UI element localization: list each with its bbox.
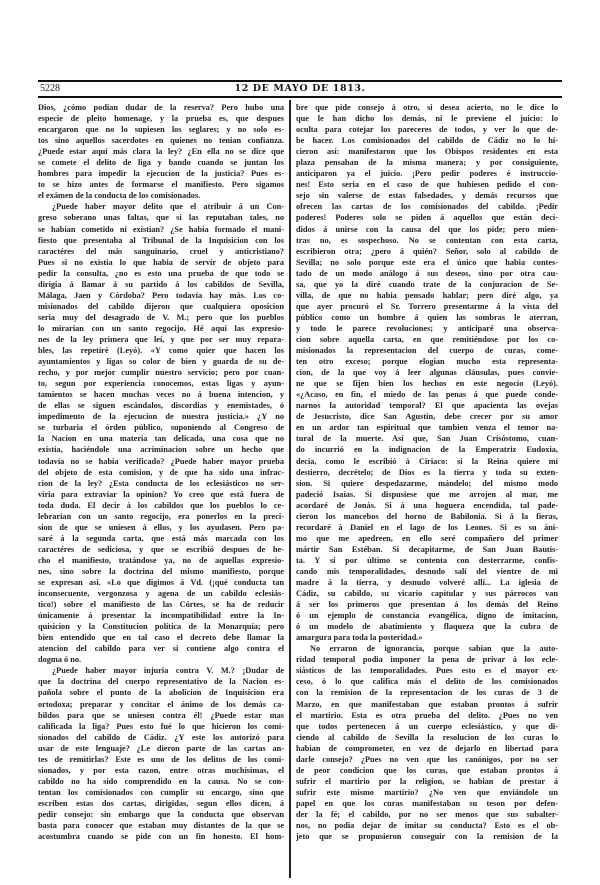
text-line: habian de comprometer, en vez de dejarlo… bbox=[296, 743, 558, 754]
text-line: bre que pide consejo á otro, si desea ac… bbox=[296, 102, 558, 113]
text-line: ó un modelo de abatimiento y flaqueza qu… bbox=[296, 621, 558, 632]
text-line: narnos la autoridad temporal? El que apa… bbox=[296, 400, 558, 411]
text-line: ciendo al cabildo de Sevilla la resoluci… bbox=[296, 732, 558, 743]
text-line: nos, no podia dejar de imitar su conduct… bbox=[296, 820, 558, 831]
text-line: decia, como le escribió á Ciriaco: si la… bbox=[296, 456, 558, 467]
text-line: Cádiz, su cabildo, su vicario capitular … bbox=[296, 588, 558, 599]
column-divider bbox=[289, 100, 291, 878]
text-line: bles, las repetiré (Leyó). «Y como quier… bbox=[38, 345, 284, 356]
text-line: basta para conocer que estaban muy dista… bbox=[38, 820, 284, 831]
text-line: á ser los primeros que presentan á los d… bbox=[296, 599, 558, 610]
text-line: madre á la tierra, y desnudo volveré all… bbox=[296, 577, 558, 588]
left-text-column: Dios, ¿cómo podian dudar de la reserva? … bbox=[38, 102, 284, 842]
text-line: ten otro exceso; porque elogian mucho es… bbox=[296, 356, 558, 367]
text-line: saré á la segunda carta, que está más ma… bbox=[38, 533, 284, 544]
text-line: calificada la liga? Pues esto fué lo que… bbox=[38, 721, 284, 732]
text-line: acordaré de Jonás. Si á una hoguera ence… bbox=[296, 500, 558, 511]
text-line: ¿Puede haber mayor delito que el atribui… bbox=[38, 201, 284, 212]
text-line: ortodoxa; preparar y concitar el ánimo d… bbox=[38, 699, 284, 710]
text-line: sufrir el martirio por la religion, se h… bbox=[296, 776, 558, 787]
text-line: tos sino aquellos sacerdotes en quienes … bbox=[38, 135, 284, 146]
text-line: to, segun por experiencia conocemos, est… bbox=[38, 378, 284, 389]
text-line: cion sobre aquella carta, en que remitié… bbox=[296, 334, 558, 345]
text-line: de Jesucristo, dice San Agustin, debe cr… bbox=[296, 411, 558, 422]
text-line: se habian cometido ni existian? ¿Se habi… bbox=[38, 224, 284, 235]
text-line: der la fé; el cabildo, por no ser menos … bbox=[296, 809, 558, 820]
text-line: toda duda. El decir á los cabildos que l… bbox=[38, 500, 284, 511]
text-line: cho el manifiesto, tratándose ya, no de … bbox=[38, 555, 284, 566]
text-line: nes! Esto seria en el caso de que hubies… bbox=[296, 179, 558, 190]
text-line: usar de este lenguaje? ¿Le dieron parte … bbox=[38, 743, 284, 754]
text-line: sionados, y por esta razon, entre otras … bbox=[38, 765, 284, 776]
text-line: greso soberano unas faltas, que si las r… bbox=[38, 212, 284, 223]
text-line: pedir la consulta, ¿no es esto una prueb… bbox=[38, 268, 284, 279]
text-line: del objeto de esta comision, y de que ha… bbox=[38, 467, 284, 478]
text-line: papel en que los curas manifestaban su t… bbox=[296, 798, 558, 809]
text-line: mo que me apedreen, en ello seré compañe… bbox=[296, 533, 558, 544]
text-line: de peor condicion que los curas, que est… bbox=[296, 765, 558, 776]
text-line: do incurrió en la indignacion de la Empe… bbox=[296, 444, 558, 455]
text-line: cion de la ley? ¿Esta conducta de los ec… bbox=[38, 478, 284, 489]
text-line: que le han dicho los demás, ni le previe… bbox=[296, 113, 558, 124]
text-line: el martirio. Esta es otra prueba del del… bbox=[296, 710, 558, 721]
text-line: cieron los mancebos del horno de Babilon… bbox=[296, 511, 558, 522]
text-line: sufrir este mismo martirio? ¿No ven que … bbox=[296, 787, 558, 798]
text-line: sion. Si quiere despedazarme, mándelo; d… bbox=[296, 478, 558, 489]
text-line: y todo le parece revoluciones; y anticip… bbox=[296, 323, 558, 334]
text-line: el exámen de la conducta de los comision… bbox=[38, 190, 284, 201]
text-line: ¿Puede estar aquí más clara la ley? ¿En … bbox=[38, 146, 284, 157]
text-line: escribieron otra; ¿pero á quién? Señor, … bbox=[296, 246, 558, 257]
text-line: inconsecuente, vergonzosa y agena de un … bbox=[38, 588, 284, 599]
text-line: ridad temporal podia imponer la pena de … bbox=[296, 654, 558, 665]
text-line: recordaré á Daniel en el lago de los Leo… bbox=[296, 522, 558, 533]
text-line: plaza pensaban de la misma manera; y por… bbox=[296, 157, 558, 168]
text-line: Málaga, Jaen y Córdoba? Pero todavía hay… bbox=[38, 290, 284, 301]
text-line: público como un hombre á quien las sombr… bbox=[296, 312, 558, 323]
text-line: ¿Puede haber mayor injuria contra V. M.?… bbox=[38, 665, 284, 676]
text-line: amargura para toda la posteridad.» bbox=[296, 632, 558, 643]
text-line: ne que se fijen bien los hechos en este … bbox=[296, 378, 558, 389]
text-line: ó un ejemplo de constancia evangélica, d… bbox=[296, 610, 558, 621]
text-line: encargaron que no lo supiesen los seglar… bbox=[38, 124, 284, 135]
text-line: tamientos se hacen muchas veces no á bue… bbox=[38, 389, 284, 400]
text-line: tico!) sobre el manifiesto de las Córtes… bbox=[38, 599, 284, 610]
text-line: tes de remitirlas? Este es uno de los de… bbox=[38, 754, 284, 765]
text-line: caractéres del más sanguinario, cruel y … bbox=[38, 246, 284, 257]
text-line: sa, que yo la diré cuando trate de la co… bbox=[296, 279, 558, 290]
text-line: to se hizo antes de formarse el manifies… bbox=[38, 179, 284, 190]
issue-date: 12 DE MAYO DE 1813. bbox=[38, 83, 562, 94]
text-line: acostumbra cuando se pide con un fin hon… bbox=[38, 831, 284, 842]
text-line: didos á unirse con la causa del que los … bbox=[296, 224, 558, 235]
text-line: darle consejo? ¿Pues no ven que los canó… bbox=[296, 754, 558, 765]
text-line: lo mirarian con un santo regocijo. Hé aq… bbox=[38, 323, 284, 334]
text-line: de ellas se siguen escándalos, discordia… bbox=[38, 400, 284, 411]
text-line: destierro, decrételo; de Dios es la tier… bbox=[296, 467, 558, 478]
text-line: tado de un modo análogo á sus deseos, si… bbox=[296, 268, 558, 279]
text-line: bildos para que se uniesen contra él! ¿P… bbox=[38, 710, 284, 721]
right-text-column: bre que pide consejo á otro, si desea ac… bbox=[296, 102, 558, 842]
text-line: bien entendido que en tal caso el decret… bbox=[38, 632, 284, 643]
text-line: anticiparon ya el juicio. ¡Pero pedir po… bbox=[296, 168, 558, 179]
text-line: tras no, es sospechoso. No se contentan … bbox=[296, 235, 558, 246]
text-line: sionados del cabildo de Cádiz. ¿Y este l… bbox=[38, 732, 284, 743]
text-line: misionados la representacion del cuerpo … bbox=[296, 345, 558, 356]
text-line: seria muy del desagrado de V. M.; pero q… bbox=[38, 312, 284, 323]
text-line: Sevilla; no solo porque este era el únic… bbox=[296, 257, 558, 268]
text-line: sion de que se uniesen á ellos, y los ay… bbox=[38, 522, 284, 533]
text-line: mártir San Estéban. Si decapitarme, de S… bbox=[296, 544, 558, 555]
text-line: No erraron de ignorancia, porque sabian … bbox=[296, 643, 558, 654]
text-line: caractéres de sediciosa, y que se escrib… bbox=[38, 544, 284, 555]
text-line: que ayer procuró el Sr. Torrero presenta… bbox=[296, 301, 558, 312]
text-line: especie de pleito homenage, y la prueba … bbox=[38, 113, 284, 124]
text-line: ceso, ó lo que califica más el delito de… bbox=[296, 676, 558, 687]
text-line: cieron así: manifestaron que los Obispos… bbox=[296, 146, 558, 157]
text-line: jeto que se propusieron conseguir con la… bbox=[296, 831, 558, 842]
text-line: viria para extraviar la opinion? Yo creo… bbox=[38, 489, 284, 500]
text-line: escriben estas dos cartas, dirigidas, se… bbox=[38, 798, 284, 809]
text-line: ofrecen las cartas de los comisionados d… bbox=[296, 201, 558, 212]
text-line: Dios, ¿cómo podian dudar de la reserva? … bbox=[38, 102, 284, 113]
text-line: nes, sino sobre la doctrina del mismo ma… bbox=[38, 566, 284, 577]
text-line: cando mis temporalidades, desnudo salí d… bbox=[296, 566, 558, 577]
text-line: nes de la ley primera que leí, y que por… bbox=[38, 334, 284, 345]
header-bottom-rule bbox=[38, 96, 562, 98]
text-line: se comete el delito de liga y bando cuan… bbox=[38, 157, 284, 168]
text-line: tural de la muerte. Así que, San Juan Cr… bbox=[296, 433, 558, 444]
text-line: poderes! Poderes solo se piden á aquello… bbox=[296, 212, 558, 223]
text-line: se turbaria el órden público, suponiendo… bbox=[38, 422, 284, 433]
page-header: 5228 12 DE MAYO DE 1813. bbox=[38, 82, 562, 96]
text-line: ayuntamientos y ligas so color de bien y… bbox=[38, 356, 284, 367]
text-line: en un ardor tan espiritual que tambien v… bbox=[296, 422, 558, 433]
text-line: recho, y por mejor cumplir nuestro servi… bbox=[38, 367, 284, 378]
text-line: Marzo, en que manifestaban que estaban p… bbox=[296, 699, 558, 710]
text-line: hombres para impedir la ejecucion de la … bbox=[38, 168, 284, 179]
text-line: misionados del cabildo dijeron que cualq… bbox=[38, 301, 284, 312]
text-line: existia, haciéndole una acriminacion sob… bbox=[38, 444, 284, 455]
text-line: padeció Isaías. Si dispusiese que me arr… bbox=[296, 489, 558, 500]
text-line: que la doctrina del cuerpo representativ… bbox=[38, 676, 284, 687]
text-line: Pues si no existia lo que habia de servi… bbox=[38, 257, 284, 268]
text-line: cabildo no ha sido comprendido en la cau… bbox=[38, 776, 284, 787]
text-line: siásticos de las temporalidades. Pues es… bbox=[296, 665, 558, 676]
text-line: que todos pertenecen á un cuerpo eclesiá… bbox=[296, 721, 558, 732]
text-line: atencion del cabildo para ver si contien… bbox=[38, 643, 284, 654]
text-line: impedimento de la ejecucion de nuestra j… bbox=[38, 411, 284, 422]
text-line: con la remision de la representacion de … bbox=[296, 687, 558, 698]
text-line: pedir consejo: sin embargo que la conduc… bbox=[38, 809, 284, 820]
text-line: sejo sin valerse de estas falsedades, y … bbox=[296, 190, 558, 201]
text-line: villa, de que no habia pensado hablar; p… bbox=[296, 290, 558, 301]
text-line: cion, de la que voy á leer algunas cláus… bbox=[296, 367, 558, 378]
text-line: lebrarian con un santo regocijo, era pon… bbox=[38, 511, 284, 522]
text-line: se expresan así. «Lo que digimos á Vd. (… bbox=[38, 577, 284, 588]
text-line: dirigia á llamar á su partido á los cabi… bbox=[38, 279, 284, 290]
text-line: únicamente á presentar la incompatibilid… bbox=[38, 610, 284, 621]
text-line: quisicion y la Constitucion política de … bbox=[38, 621, 284, 632]
text-line: «¿Acaso, en fin, el miedo de las penas á… bbox=[296, 389, 558, 400]
text-line: la Nacion en una materia tan delicada, u… bbox=[38, 433, 284, 444]
text-line: pañola sobre el punto de la abolicion de… bbox=[38, 687, 284, 698]
text-line: ta. Y si por último se contenta con dest… bbox=[296, 555, 558, 566]
text-line: fiesto que presentaba al Tribunal de la … bbox=[38, 235, 284, 246]
text-line: dogma ó no. bbox=[38, 654, 284, 665]
text-line: todavía no se habia verificado? ¿Puede h… bbox=[38, 456, 284, 467]
text-line: oculta para cotejar los pareceres de tod… bbox=[296, 124, 558, 135]
text-line: tentan los comisionados con cumplir su e… bbox=[38, 787, 284, 798]
text-line: be hacer. Los comisionados del cabildo d… bbox=[296, 135, 558, 146]
